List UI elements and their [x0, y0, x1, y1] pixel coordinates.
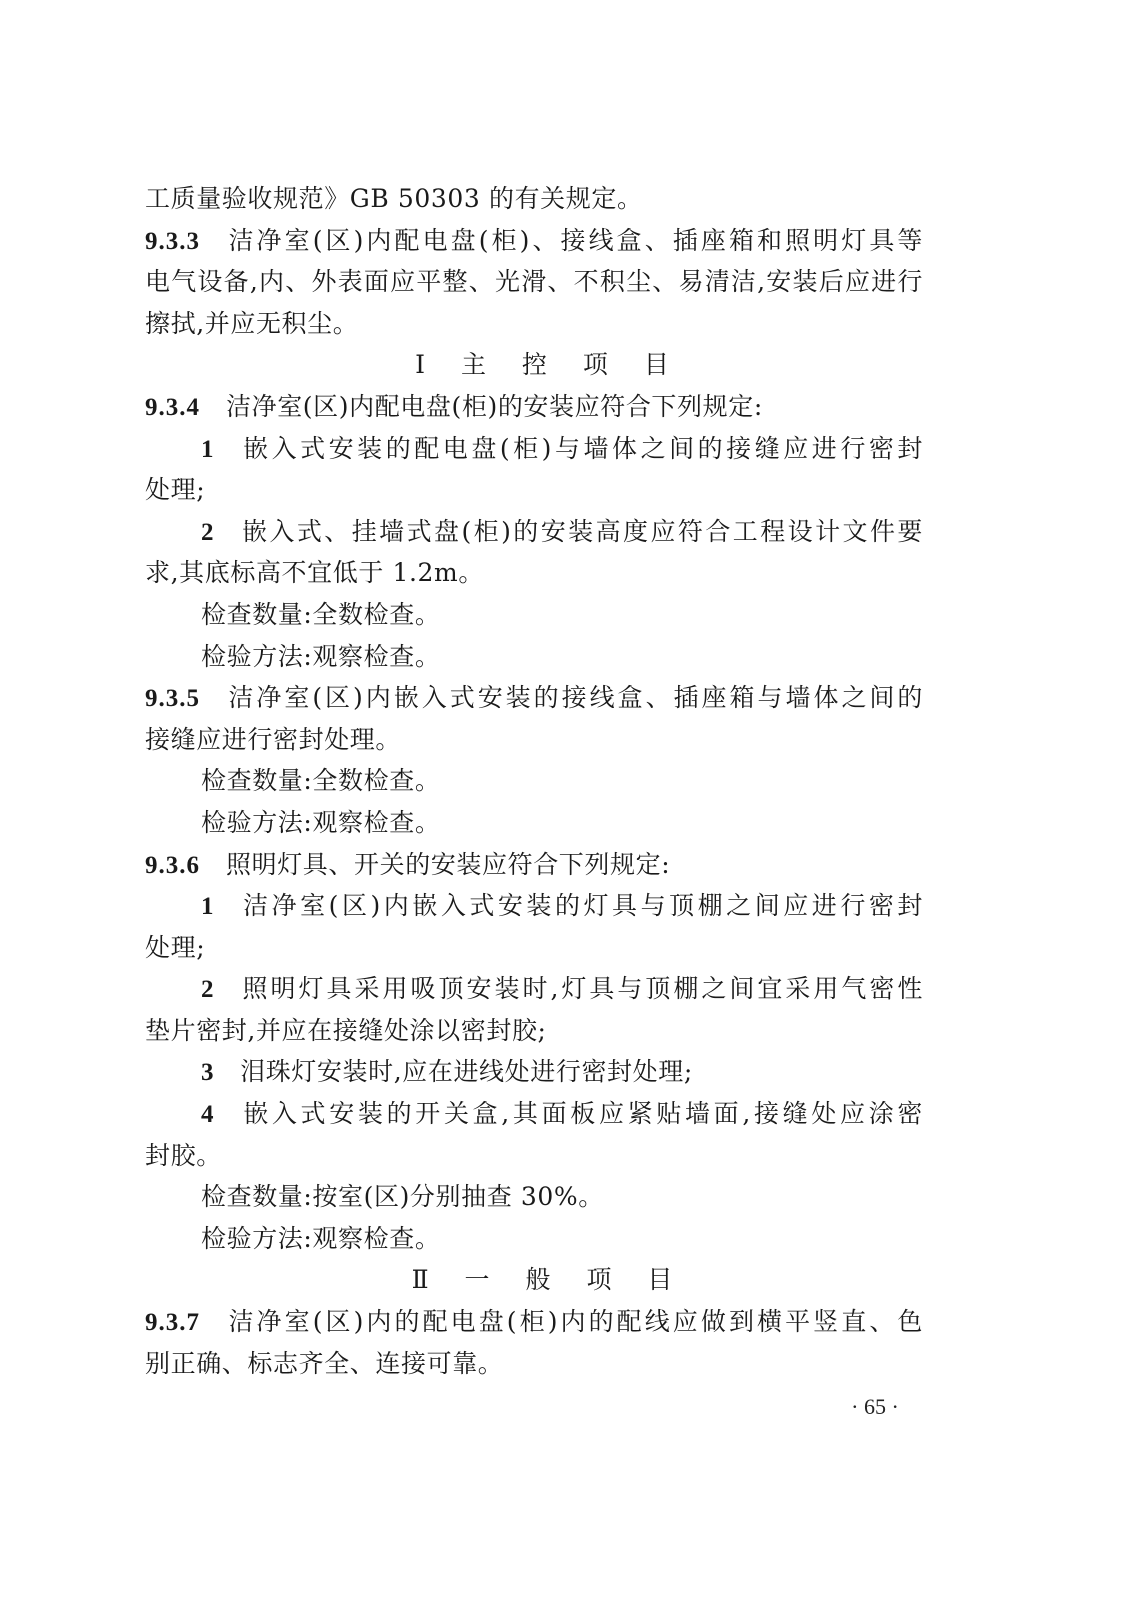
line-text-row: 擦拭,并应无积尘。 [145, 303, 923, 345]
page-number: · 65 · [820, 1394, 930, 1420]
line-text-row: 求,其底标高不宜低于 1.2m。 [145, 552, 923, 594]
line-text-row: 电气设备,内、外表面应平整、光滑、不积尘、易清洁,安装后应进行 [145, 261, 923, 303]
clause-text: 洁净室(区)内配电盘(柜)、接线盒、插座箱和照明灯具等 [226, 226, 923, 255]
line-text: 处理; [145, 933, 205, 962]
list-item: 1嵌入式安装的配电盘(柜)与墙体之间的接缝应进行密封 [145, 428, 923, 470]
list-item: 1洁净室(区)内嵌入式安装的灯具与顶棚之间应进行密封 [145, 885, 923, 927]
inspection-method: 检验方法:观察检查。 [145, 802, 923, 844]
clause-text: 洁净室(区)内的配电盘(柜)内的配线应做到横平竖直、色 [226, 1307, 923, 1336]
inspection-quantity: 检查数量:全数检查。 [145, 594, 923, 636]
line-text: 检验方法:观察检查。 [201, 808, 440, 837]
inspection-method: 检验方法:观察检查。 [145, 1218, 923, 1260]
item-text: 照明灯具采用吸顶安装时,灯具与顶棚之间宜采用气密性 [240, 974, 923, 1003]
inspection-quantity: 检查数量:按室(区)分别抽查 30%。 [145, 1176, 923, 1218]
clause-9-3-7: 9.3.7洁净室(区)内的配电盘(柜)内的配线应做到横平竖直、色 [145, 1301, 923, 1343]
clause-number: 9.3.3 [145, 228, 200, 255]
line-text: 检验方法:观察检查。 [201, 1224, 440, 1253]
section-heading-general: Ⅱ 一 般 项 目 [145, 1259, 923, 1301]
clause-9-3-5: 9.3.5洁净室(区)内嵌入式安装的接线盒、插座箱与墙体之间的 [145, 677, 923, 719]
line-text: 封胶。 [145, 1141, 222, 1170]
item-text: 嵌入式安装的配电盘(柜)与墙体之间的接缝应进行密封 [240, 434, 923, 463]
item-text: 嵌入式安装的开关盒,其面板应紧贴墙面,接缝处应涂密 [240, 1099, 923, 1128]
inspection-quantity: 检查数量:全数检查。 [145, 760, 923, 802]
document-page: 工质量验收规范》GB 50303 的有关规定。 9.3.3洁净室(区)内配电盘(… [145, 178, 923, 1384]
line-text-row: 处理; [145, 927, 923, 969]
item-number: 4 [201, 1101, 214, 1128]
clause-number: 9.3.5 [145, 685, 200, 712]
item-number: 1 [201, 436, 214, 463]
clause-text: 洁净室(区)内嵌入式安装的接线盒、插座箱与墙体之间的 [226, 683, 923, 712]
clause-number: 9.3.4 [145, 394, 200, 421]
line-text: 检查数量:全数检查。 [201, 600, 440, 629]
list-item: 2嵌入式、挂墙式盘(柜)的安装高度应符合工程设计文件要 [145, 511, 923, 553]
clause-9-3-3: 9.3.3洁净室(区)内配电盘(柜)、接线盒、插座箱和照明灯具等 [145, 220, 923, 262]
item-number: 2 [201, 976, 214, 1003]
clause-number: 9.3.6 [145, 852, 200, 879]
line-text-row: 封胶。 [145, 1135, 923, 1177]
inspection-method: 检验方法:观察检查。 [145, 636, 923, 678]
clause-9-3-4: 9.3.4洁净室(区)内配电盘(柜)的安装应符合下列规定: [145, 386, 923, 428]
line-text-row: 接缝应进行密封处理。 [145, 719, 923, 761]
item-number: 3 [201, 1059, 214, 1086]
item-number: 1 [201, 893, 214, 920]
line-text: 擦拭,并应无积尘。 [145, 309, 358, 338]
list-item: 3泪珠灯安装时,应在进线处进行密封处理; [145, 1051, 923, 1093]
line-text: 接缝应进行密封处理。 [145, 725, 401, 754]
line-text: 检查数量:全数检查。 [201, 766, 440, 795]
line-text: 工质量验收规范》GB 50303 的有关规定。 [145, 184, 643, 213]
section-heading-main-control: Ⅰ 主 控 项 目 [145, 344, 923, 386]
line-text: 检查数量:按室(区)分别抽查 30%。 [201, 1182, 604, 1211]
clause-number: 9.3.7 [145, 1309, 200, 1336]
clause-9-3-6: 9.3.6照明灯具、开关的安装应符合下列规定: [145, 844, 923, 886]
line-text: 电气设备,内、外表面应平整、光滑、不积尘、易清洁,安装后应进行 [145, 267, 923, 296]
item-number: 2 [201, 519, 214, 546]
item-text: 嵌入式、挂墙式盘(柜)的安装高度应符合工程设计文件要 [240, 517, 923, 546]
line-text: 求,其底标高不宜低于 1.2m。 [145, 558, 484, 587]
line-text-row: 别正确、标志齐全、连接可靠。 [145, 1343, 923, 1385]
line-text: 垫片密封,并应在接缝处涂以密封胶; [145, 1016, 547, 1045]
item-text: 泪珠灯安装时,应在进线处进行密封处理; [240, 1057, 693, 1086]
line-text-row: 处理; [145, 469, 923, 511]
line-text: 别正确、标志齐全、连接可靠。 [145, 1349, 503, 1378]
item-text: 洁净室(区)内嵌入式安装的灯具与顶棚之间应进行密封 [240, 891, 923, 920]
list-item: 4嵌入式安装的开关盒,其面板应紧贴墙面,接缝处应涂密 [145, 1093, 923, 1135]
line-text-row: 垫片密封,并应在接缝处涂以密封胶; [145, 1010, 923, 1052]
line-text: 检验方法:观察检查。 [201, 642, 440, 671]
clause-text: 洁净室(区)内配电盘(柜)的安装应符合下列规定: [226, 392, 763, 421]
list-item: 2照明灯具采用吸顶安装时,灯具与顶棚之间宜采用气密性 [145, 968, 923, 1010]
clause-text: 照明灯具、开关的安装应符合下列规定: [226, 850, 670, 879]
line-continuation: 工质量验收规范》GB 50303 的有关规定。 [145, 178, 923, 220]
line-text: 处理; [145, 475, 205, 504]
